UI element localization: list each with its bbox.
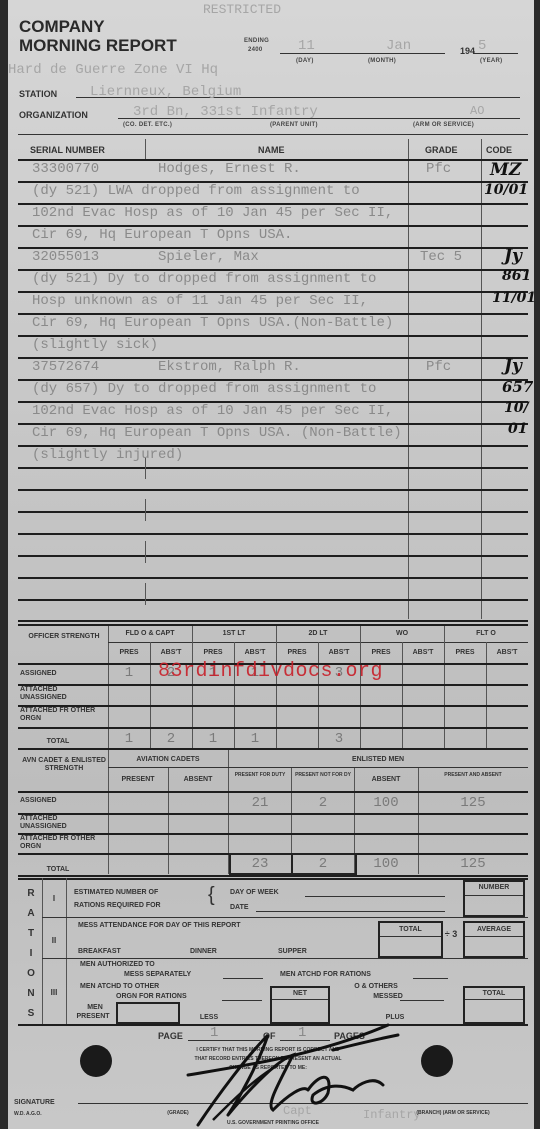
soldier-name: Hodges, Ernest R. xyxy=(158,161,301,177)
row-total: TOTAL xyxy=(38,738,78,746)
title-line-2: MORNING REPORT xyxy=(19,36,177,55)
restricted-stamp: RESTRICTED xyxy=(203,2,281,17)
ending-label: ENDING xyxy=(244,38,269,44)
day-of-week-label: DAY OF WEEK xyxy=(230,889,310,897)
remark-line: (dy 521) Dy to dropped from assignment t… xyxy=(32,271,376,287)
col-grade: GRADE xyxy=(425,145,458,155)
enlisted-value: 100 xyxy=(354,795,418,811)
enlisted-strength-title: AVN CADET & ENLISTED STRENGTH xyxy=(22,757,106,773)
organization-value: 3rd Bn, 331st Infantry xyxy=(133,104,318,120)
row-attached-unassigned: ATTACHED UNASSIGNED xyxy=(20,815,100,831)
handwritten-code: 861 xyxy=(502,268,531,284)
day-caption: (DAY) xyxy=(296,58,314,64)
roster-row: 33300770 xyxy=(32,161,99,177)
remark-line: 102nd Evac Hosp as of 10 Jan 45 per Sec … xyxy=(32,403,393,419)
col-present-and-absent: PRESENT AND ABSENT xyxy=(420,772,526,778)
handwritten-code: 01 xyxy=(508,421,527,437)
sub-abst: ABS'T xyxy=(402,649,444,657)
enlisted-total: 23 xyxy=(230,856,290,872)
supper-label: SUPPER xyxy=(278,948,338,956)
total-rations-label: TOTAL xyxy=(465,990,523,998)
officer-total: 2 xyxy=(150,731,192,747)
title-line-1: COMPANY xyxy=(19,17,177,36)
o-others-label: O & OTHERS xyxy=(341,983,411,991)
handwritten-code: 10/ xyxy=(504,400,529,416)
row-attached-unassigned: ATTACHED UNASSIGNED xyxy=(20,686,100,702)
col-present-for-duty: PRESENT FOR DUTY xyxy=(230,772,290,778)
soldier-grade: Pfc xyxy=(426,161,451,177)
men-atchd-other-label: MEN ATCHD TO OTHER xyxy=(80,983,200,991)
officer-strength-title: OFFICER STRENGTH xyxy=(22,633,106,641)
soldier-grade: Pfc xyxy=(426,359,451,375)
report-day: 11 xyxy=(298,38,315,54)
group-aviation-cadets: AVIATION CADETS xyxy=(108,756,228,764)
average-label: AVERAGE xyxy=(465,926,523,934)
serial-number: 32055013 xyxy=(32,249,99,265)
station-label: STATION xyxy=(19,89,57,99)
org-caption-co: (CO. DET. ETC.) xyxy=(123,122,172,128)
group-flt-o: FLT O xyxy=(444,630,528,638)
sub-pres: PRES xyxy=(192,649,234,657)
mess-attendance-label: MESS ATTENDANCE FOR DAY OF THIS REPORT xyxy=(78,922,338,930)
morning-report-form: RESTRICTED COMPANY MORNING REPORT ENDING… xyxy=(8,0,534,1129)
ending-time: 2400 xyxy=(248,47,263,53)
soldier-grade: Tec 5 xyxy=(420,249,462,265)
group-2d-lt: 2D LT xyxy=(276,630,360,638)
number-label: NUMBER xyxy=(465,884,523,892)
year-prefix: 194 xyxy=(460,46,475,56)
officer-value: 1 xyxy=(108,665,150,681)
section-ii: II xyxy=(42,937,66,945)
location-typed: Hard de Guerre Zone VI Hq xyxy=(8,62,218,78)
group-1st-lt: 1ST LT xyxy=(192,630,276,638)
report-month: Jan xyxy=(386,38,411,54)
month-caption: (MONTH) xyxy=(368,58,396,64)
year-suffix: 5 xyxy=(478,38,486,54)
form-number: W.D. A.G.O. xyxy=(14,1110,74,1118)
sub-pres: PRES xyxy=(444,649,486,657)
handwritten-code: 657 xyxy=(502,378,533,396)
col-absent: ABSENT xyxy=(354,776,418,784)
men-authorized-label: MEN AUTHORIZED TO xyxy=(80,961,190,969)
enlisted-value: 2 xyxy=(293,795,353,811)
organization-label: ORGANIZATION xyxy=(19,110,88,120)
breakfast-label: BREAKFAST xyxy=(78,948,138,956)
year-caption: (YEAR) xyxy=(480,58,502,64)
divide-by-3: ÷ 3 xyxy=(444,930,458,938)
section-iii: III xyxy=(42,989,66,997)
men-atchd-for-rations-label: MEN ATCHD FOR RATIONS xyxy=(280,971,430,979)
sub-abst: ABS'T xyxy=(318,649,360,657)
remark-line: (slightly injured) xyxy=(32,447,183,463)
row-attached-other-orgn: ATTACHED FR OTHER ORGN xyxy=(20,835,100,851)
rations-side-label: RATIONS xyxy=(24,884,38,1024)
col-name: NAME xyxy=(258,145,285,155)
remark-line: Cir 69, Hq European T Opns USA.(Non-Batt… xyxy=(32,315,393,331)
enlisted-total: 125 xyxy=(420,856,526,872)
watermark: 83rdinfdivdocs.org xyxy=(158,660,383,683)
group-fld-o-capt: FLD O & CAPT xyxy=(108,630,192,638)
officer-total: 1 xyxy=(192,731,234,747)
enlisted-value: 21 xyxy=(230,795,290,811)
remark-line: 102nd Evac Hosp as of 10 Jan 45 per Sec … xyxy=(32,205,393,221)
men-present-label-2: PRESENT xyxy=(68,1013,118,1021)
orgn-for-rations-label: ORGN FOR RATIONS xyxy=(116,993,236,1001)
enlisted-total: 100 xyxy=(354,856,418,872)
row-assigned: ASSIGNED xyxy=(20,797,80,805)
officer-total: 1 xyxy=(234,731,276,747)
signature-icon xyxy=(158,1015,408,1129)
row-assigned: ASSIGNED xyxy=(20,670,70,678)
sub-pres: PRES xyxy=(108,649,150,657)
signature-label: SIGNATURE xyxy=(14,1099,74,1107)
enlisted-total: 2 xyxy=(293,856,353,872)
soldier-name: Spieler, Max xyxy=(158,249,259,265)
org-caption-parent: (PARENT UNIT) xyxy=(270,122,318,128)
mess-separately-label: MESS SEPARATELY xyxy=(124,971,234,979)
officer-total: 1 xyxy=(108,731,150,747)
total-label: TOTAL xyxy=(380,926,441,934)
form-title: COMPANY MORNING REPORT xyxy=(19,17,177,55)
section-i: I xyxy=(42,895,66,903)
sub-pres: PRES xyxy=(360,649,402,657)
remark-line: Cir 69, Hq European T Opns USA. xyxy=(32,227,292,243)
group-wo: WO xyxy=(360,630,444,638)
org-caption-service: (ARM OR SERVICE) xyxy=(413,122,474,128)
dinner-label: DINNER xyxy=(190,948,250,956)
estimated-rations-label: ESTIMATED NUMBER OF xyxy=(74,889,224,897)
soldier-name: Ekstrom, Ralph R. xyxy=(158,359,301,375)
col-cadet-absent: ABSENT xyxy=(168,776,228,784)
station-value: Liernneux, Belgium xyxy=(90,84,241,100)
handwritten-code: MZ xyxy=(490,160,521,180)
sub-pres: PRES xyxy=(276,649,318,657)
row-total: TOTAL xyxy=(38,866,78,874)
service-value: AO xyxy=(470,104,484,118)
binder-hole-right xyxy=(421,1045,453,1077)
enlisted-value: 125 xyxy=(420,795,526,811)
col-code: CODE xyxy=(486,145,512,155)
handwritten-code: 11/01 xyxy=(492,290,536,306)
group-enlisted-men: ENLISTED MEN xyxy=(228,756,528,764)
col-present-not-for-duty: PRESENT NOT FOR DY xyxy=(293,772,353,778)
handwritten-code: Jy xyxy=(504,246,522,266)
col-cadet-present: PRESENT xyxy=(108,776,168,784)
binder-hole-left xyxy=(80,1045,112,1077)
sub-abst: ABS'T xyxy=(234,649,276,657)
remark-line: (dy 521) LWA dropped from assignment to xyxy=(32,183,360,199)
net-label: NET xyxy=(272,990,328,998)
handwritten-code: Jy xyxy=(504,356,522,376)
serial-number: 33300770 xyxy=(32,161,99,177)
rations-required-label: RATIONS REQUIRED FOR xyxy=(74,902,224,910)
officer-total: 3 xyxy=(318,731,360,747)
remark-line: (dy 657) Dy to dropped from assignment t… xyxy=(32,381,376,397)
men-present-label: MEN xyxy=(80,1004,110,1012)
remark-line: Cir 69, Hq European T Opns USA. (Non-Bat… xyxy=(32,425,402,441)
serial-number: 37572674 xyxy=(32,359,99,375)
col-serial-number: SERIAL NUMBER xyxy=(30,145,105,155)
sub-abst: ABS'T xyxy=(486,649,528,657)
row-attached-other-orgn: ATTACHED FR OTHER ORGN xyxy=(20,707,100,723)
handwritten-code: 10/01 xyxy=(484,182,528,198)
sub-abst: ABS'T xyxy=(150,649,192,657)
remark-line: (slightly sick) xyxy=(32,337,158,353)
remark-line: Hosp unknown as of 11 Jan 45 per Sec II, xyxy=(32,293,368,309)
